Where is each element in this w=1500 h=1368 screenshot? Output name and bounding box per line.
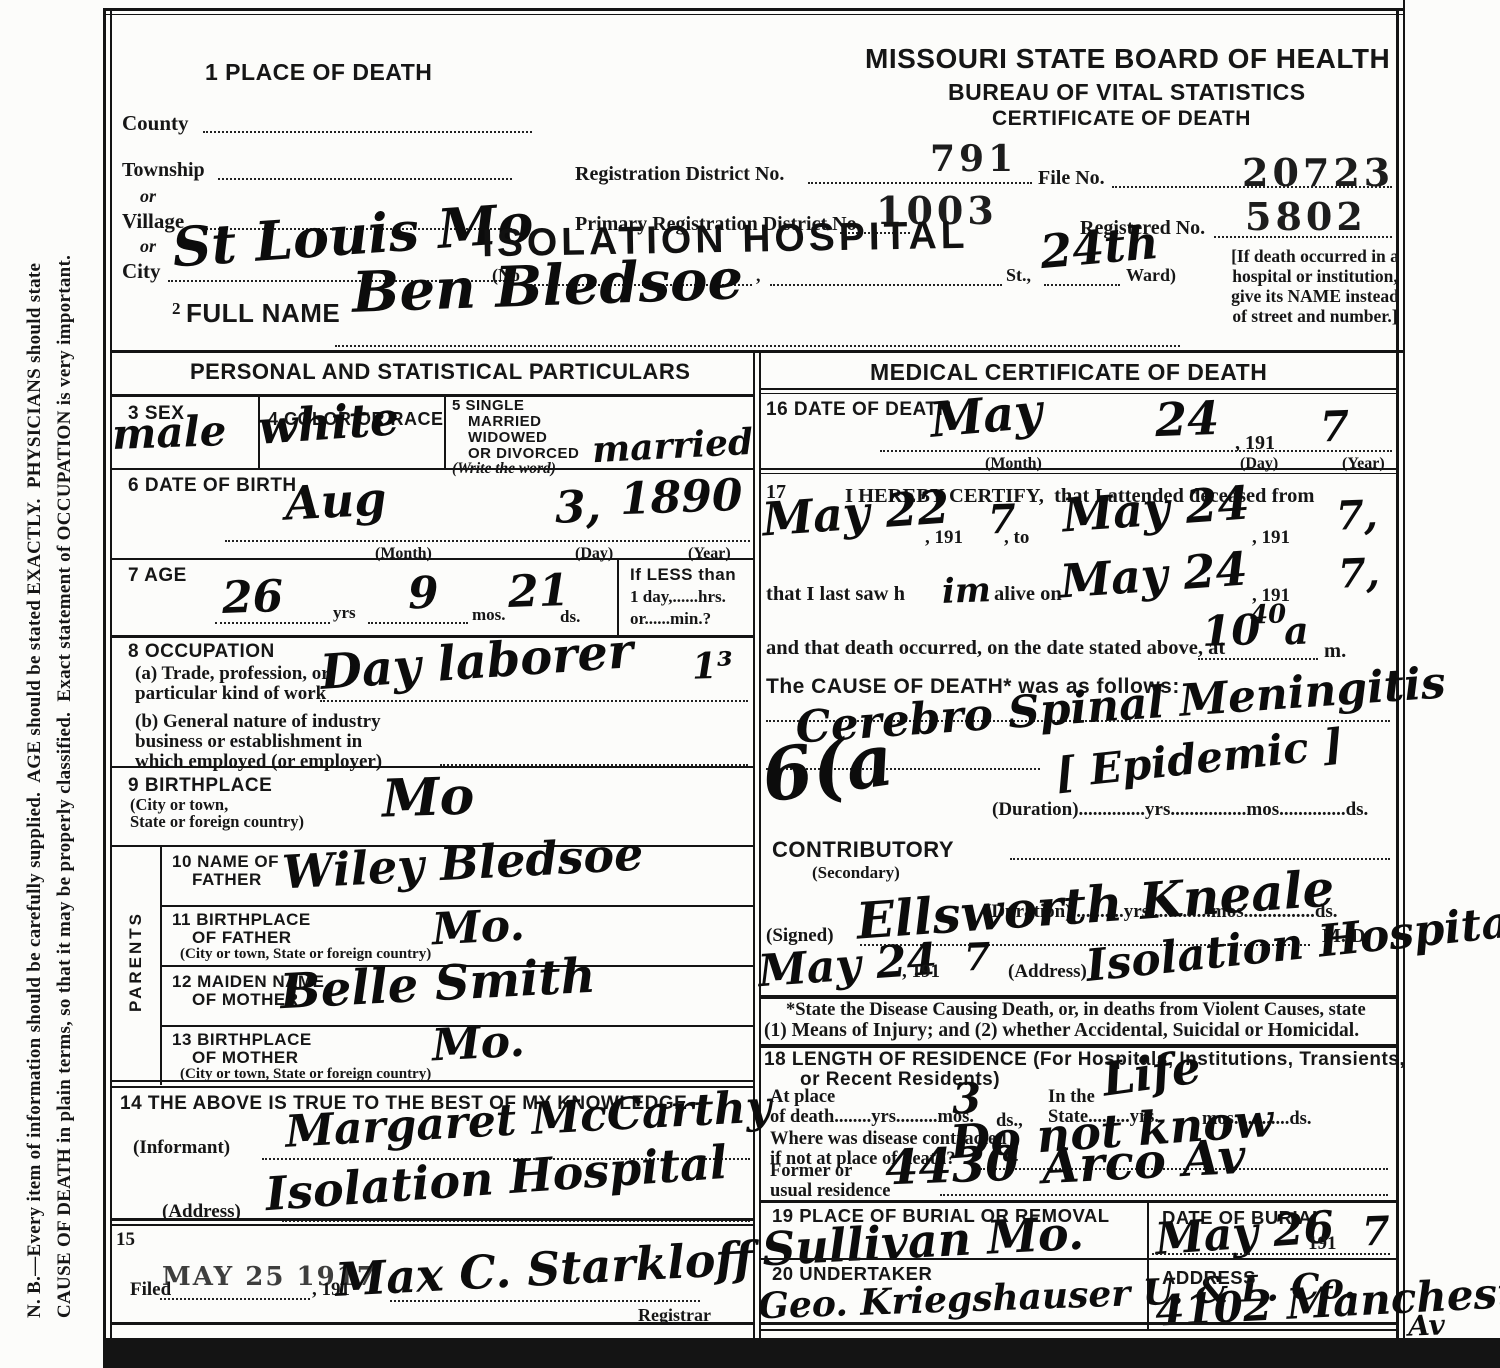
- ds-caption: ds.: [560, 608, 580, 626]
- rule-line: [759, 1329, 1398, 1331]
- race-value-handwriting: white: [257, 395, 401, 451]
- if-less-line: or......min.?: [630, 610, 711, 628]
- yrs-caption: yrs: [333, 604, 356, 622]
- mother-birthplace-label: 13 BIRTHPLACE: [172, 1031, 312, 1049]
- dotted-rule: [880, 450, 1392, 452]
- dotted-rule: [225, 540, 750, 542]
- dotted-rule: [1198, 658, 1318, 660]
- date-of-death-year-handwriting: 7: [1319, 406, 1350, 449]
- hospital-note-line: hospital or institution,: [1220, 266, 1410, 286]
- occupation-a-label: (a) Trade, profession, or: [135, 664, 330, 684]
- township-label: Township: [122, 160, 205, 181]
- last-saw-him-handwriting: im: [941, 573, 991, 609]
- last-saw-text: alive on: [994, 584, 1062, 606]
- st-label: St.,: [1006, 266, 1031, 285]
- last-saw-text: that I last saw h: [766, 584, 905, 606]
- registration-district-value: 791: [930, 138, 1017, 180]
- hospital-note: [If death occurred in a hospital or inst…: [1220, 246, 1410, 326]
- section-divider-horizontal: [110, 350, 1403, 353]
- county-label: County: [122, 112, 189, 134]
- father-name-label: 10 NAME OF: [172, 853, 279, 871]
- dotted-rule: [808, 182, 1032, 184]
- attended-from-handwriting: May 22: [761, 484, 951, 543]
- former-residence-label: usual residence: [770, 1182, 890, 1201]
- dotted-rule: [390, 1300, 700, 1302]
- last-saw-date-handwriting: May 24: [1059, 546, 1249, 605]
- in-state-label: In the: [1048, 1088, 1095, 1107]
- occupation-b-label: which employed (or employer): [135, 752, 382, 772]
- border-left-inner: [110, 8, 112, 1338]
- stray-mark-handwriting: 1³: [691, 647, 733, 684]
- year-seven-handwriting: 7: [963, 938, 991, 977]
- year-caption: (Year): [688, 546, 731, 563]
- rule-line: [759, 388, 1398, 390]
- undertaker-address-av-handwriting: Av: [1408, 1311, 1446, 1340]
- father-birthplace-label: 11 BIRTHPLACE: [172, 911, 311, 929]
- former-residence-superscript: a: [1002, 1138, 1021, 1167]
- in-state-value-handwriting: Life: [1099, 1043, 1203, 1102]
- rule-line: [759, 1258, 1398, 1260]
- marital-value-handwriting: married: [591, 424, 754, 468]
- time-am-handwriting: a: [1283, 612, 1309, 651]
- year191-label: , 191: [925, 528, 963, 548]
- registrar-signature-handwriting: Max C. Starkloff: [334, 1235, 754, 1303]
- father-name-value-handwriting: Wiley Bledsoe: [281, 831, 644, 896]
- rule-line: [110, 1080, 755, 1082]
- sex-value-handwriting: male: [111, 410, 227, 456]
- rule-line: [759, 1044, 1398, 1048]
- attended-to-handwriting: May 24: [1061, 480, 1251, 539]
- rule-line: [110, 468, 755, 470]
- dotted-rule: [1010, 858, 1390, 860]
- parents-label: PARENTS: [126, 911, 146, 1012]
- board-title: MISSOURI STATE BOARD OF HEALTH: [865, 44, 1390, 73]
- dotted-rule: [160, 1298, 310, 1300]
- dotted-rule: [215, 622, 330, 624]
- hospital-note-line: give its NAME instead: [1220, 286, 1410, 306]
- rule-line: [444, 397, 446, 468]
- rule-line: [759, 995, 1398, 999]
- death-occurred-text: and that death occurred, on the date sta…: [766, 638, 1225, 660]
- year-seven-handwriting: 7,: [1337, 553, 1380, 594]
- dob-year-handwriting: 1890: [619, 474, 743, 522]
- duration-label: (Duration)..............yrs.............…: [992, 800, 1368, 820]
- bottom-scan-bar: [103, 1338, 1500, 1368]
- death-certificate-document: N. B.—Every item of information should b…: [0, 0, 1500, 1368]
- dob-label: 6 DATE OF BIRTH: [128, 476, 297, 496]
- informant-label: (Informant): [133, 1138, 230, 1158]
- former-residence-street-handwriting: Arco Av: [1041, 1133, 1247, 1192]
- year-seven-handwriting: 7,: [1335, 495, 1378, 536]
- dotted-rule: [203, 131, 532, 133]
- former-residence-label: Former or: [770, 1162, 852, 1181]
- age-months-handwriting: 9: [407, 571, 439, 616]
- dotted-rule: [368, 622, 468, 624]
- time-of-death-superscript: 40: [1250, 601, 1287, 628]
- rule-line: [110, 558, 755, 560]
- personal-title: PERSONAL AND STATISTICAL PARTICULARS: [190, 360, 690, 383]
- cause-epidemic-handwriting: [ Epidemic ]: [1054, 723, 1345, 795]
- residence-label: 18 LENGTH OF RESIDENCE (For Hospitals, I…: [764, 1050, 1405, 1070]
- at-place-label: At place: [770, 1088, 835, 1107]
- hospital-note-line: [If death occurred in a: [1220, 246, 1410, 266]
- or-label: or: [140, 236, 156, 257]
- occupation-a-label: particular kind of work: [135, 684, 326, 704]
- column-divider: [753, 350, 755, 1338]
- occupation-b-label: business or establishment in: [135, 732, 362, 752]
- stray-code-handwriting: 6(a: [758, 723, 898, 813]
- rule-line: [110, 1322, 755, 1325]
- registered-no-value: 5802: [1245, 194, 1367, 239]
- to-label: , to: [1004, 528, 1029, 548]
- dob-day-handwriting: 3,: [554, 485, 601, 531]
- filed-section-number: 15: [116, 1230, 135, 1250]
- bureau-title: BUREAU OF VITAL STATISTICS: [948, 80, 1306, 104]
- place-of-death-heading: 1 PLACE OF DEATH: [205, 60, 432, 84]
- father-birthplace-value-handwriting: Mo.: [431, 904, 526, 953]
- dotted-rule: [218, 178, 512, 180]
- rule-line: [110, 394, 755, 397]
- footnote-text: (1) Means of Injury; and (2) whether Acc…: [764, 1021, 1359, 1041]
- rule-line: [759, 468, 1398, 470]
- border-left-outer: [103, 8, 106, 1338]
- dotted-rule: [770, 284, 1002, 286]
- if-less-line: If LESS than: [630, 566, 736, 584]
- birthplace-sub-label: State or foreign country): [130, 813, 304, 830]
- year-caption: (Year): [1342, 456, 1385, 473]
- rule-line: [759, 1322, 1398, 1325]
- father-name-label: FATHER: [192, 871, 262, 889]
- margin-note-line1: N. B.—Every item of information should b…: [24, 263, 46, 1318]
- occupation-label: 8 OCCUPATION: [128, 642, 275, 662]
- marital-label-line: MARRIED: [468, 414, 542, 430]
- file-no-value: 20723: [1242, 150, 1394, 195]
- dob-month-handwriting: Aug: [284, 475, 388, 526]
- dotted-rule: [1044, 284, 1120, 286]
- margin-note-line2: CAUSE OF DEATH in plain terms, so that i…: [54, 255, 76, 1318]
- address-label: (Address): [1008, 962, 1087, 982]
- rule-line: [110, 1224, 755, 1226]
- city-label: City: [122, 260, 161, 282]
- birthplace-label: 9 BIRTHPLACE: [128, 776, 272, 796]
- month-caption: (Month): [375, 546, 432, 563]
- rule-line: [759, 473, 1398, 474]
- ward-label: Ward): [1126, 266, 1176, 285]
- contributory-label: CONTRIBUTORY: [772, 838, 954, 861]
- rule-line: [759, 393, 1398, 394]
- burial-year-label: 191: [1308, 1234, 1337, 1254]
- dotted-rule: [335, 345, 1180, 347]
- day-caption: (Day): [575, 546, 613, 563]
- if-less-line: 1 day,......hrs.: [630, 588, 726, 606]
- full-name-value-handwriting: Ben Bledsoe: [351, 251, 744, 321]
- signed-year-label: , 191: [902, 962, 940, 982]
- occupation-b-label: (b) General nature of industry: [135, 712, 381, 732]
- month-caption: (Month): [985, 456, 1042, 473]
- mos-caption: mos.: [472, 606, 506, 624]
- rule-line: [759, 1200, 1398, 1203]
- dotted-rule: [1152, 1253, 1390, 1255]
- secondary-label: (Secondary): [812, 864, 900, 882]
- former-residence-number-handwriting: 4430: [884, 1140, 1019, 1193]
- hospital-note-line: of street and number.]: [1220, 306, 1410, 326]
- birthplace-value-handwriting: Mo: [381, 770, 475, 825]
- full-name-number: 2: [172, 300, 181, 318]
- birthplace-sub-label: (City or town,: [130, 796, 228, 813]
- border-top-outer: [103, 8, 1405, 11]
- date-of-death-day-handwriting: 24: [1154, 395, 1220, 443]
- m-label: m.: [1324, 641, 1346, 663]
- mother-birthplace-label: OF MOTHER: [192, 1049, 299, 1067]
- comma-label: ,: [756, 266, 761, 285]
- age-years-handwriting: 26: [221, 575, 284, 621]
- rule-line: [110, 1218, 755, 1221]
- footnote-text: *State the Disease Causing Death, or, in…: [786, 1001, 1366, 1020]
- day-caption: (Day): [1240, 456, 1278, 473]
- father-birthplace-label: OF FATHER: [192, 929, 292, 947]
- medical-title: MEDICAL CERTIFICATE OF DEATH: [870, 360, 1267, 384]
- border-top-inner: [103, 14, 1405, 15]
- registration-district-label: Registration District No.: [575, 164, 784, 185]
- year191-label: , 191: [1252, 528, 1290, 548]
- file-no-label: File No.: [1038, 168, 1105, 189]
- marital-label-line: 5 SINGLE: [452, 398, 524, 414]
- full-name-label: FULL NAME: [186, 300, 340, 327]
- date-of-death-month-handwriting: May: [928, 387, 1044, 445]
- year-seven-handwriting: 7: [1361, 1212, 1390, 1253]
- at-place-label: of death........yrs.........mos.: [770, 1108, 974, 1127]
- mother-name-value-handwriting: Belle Smith: [279, 952, 597, 1016]
- dotted-rule: [940, 1194, 1388, 1196]
- marital-label-line: WIDOWED: [468, 430, 547, 446]
- dotted-rule: [320, 700, 748, 702]
- mother-birthplace-value-handwriting: Mo.: [431, 1020, 526, 1069]
- certificate-title: CERTIFICATE OF DEATH: [992, 108, 1251, 130]
- or-label: or: [140, 186, 156, 207]
- age-label: 7 AGE: [128, 566, 187, 586]
- date-of-death-label: 16 DATE OF DEATH: [766, 400, 952, 420]
